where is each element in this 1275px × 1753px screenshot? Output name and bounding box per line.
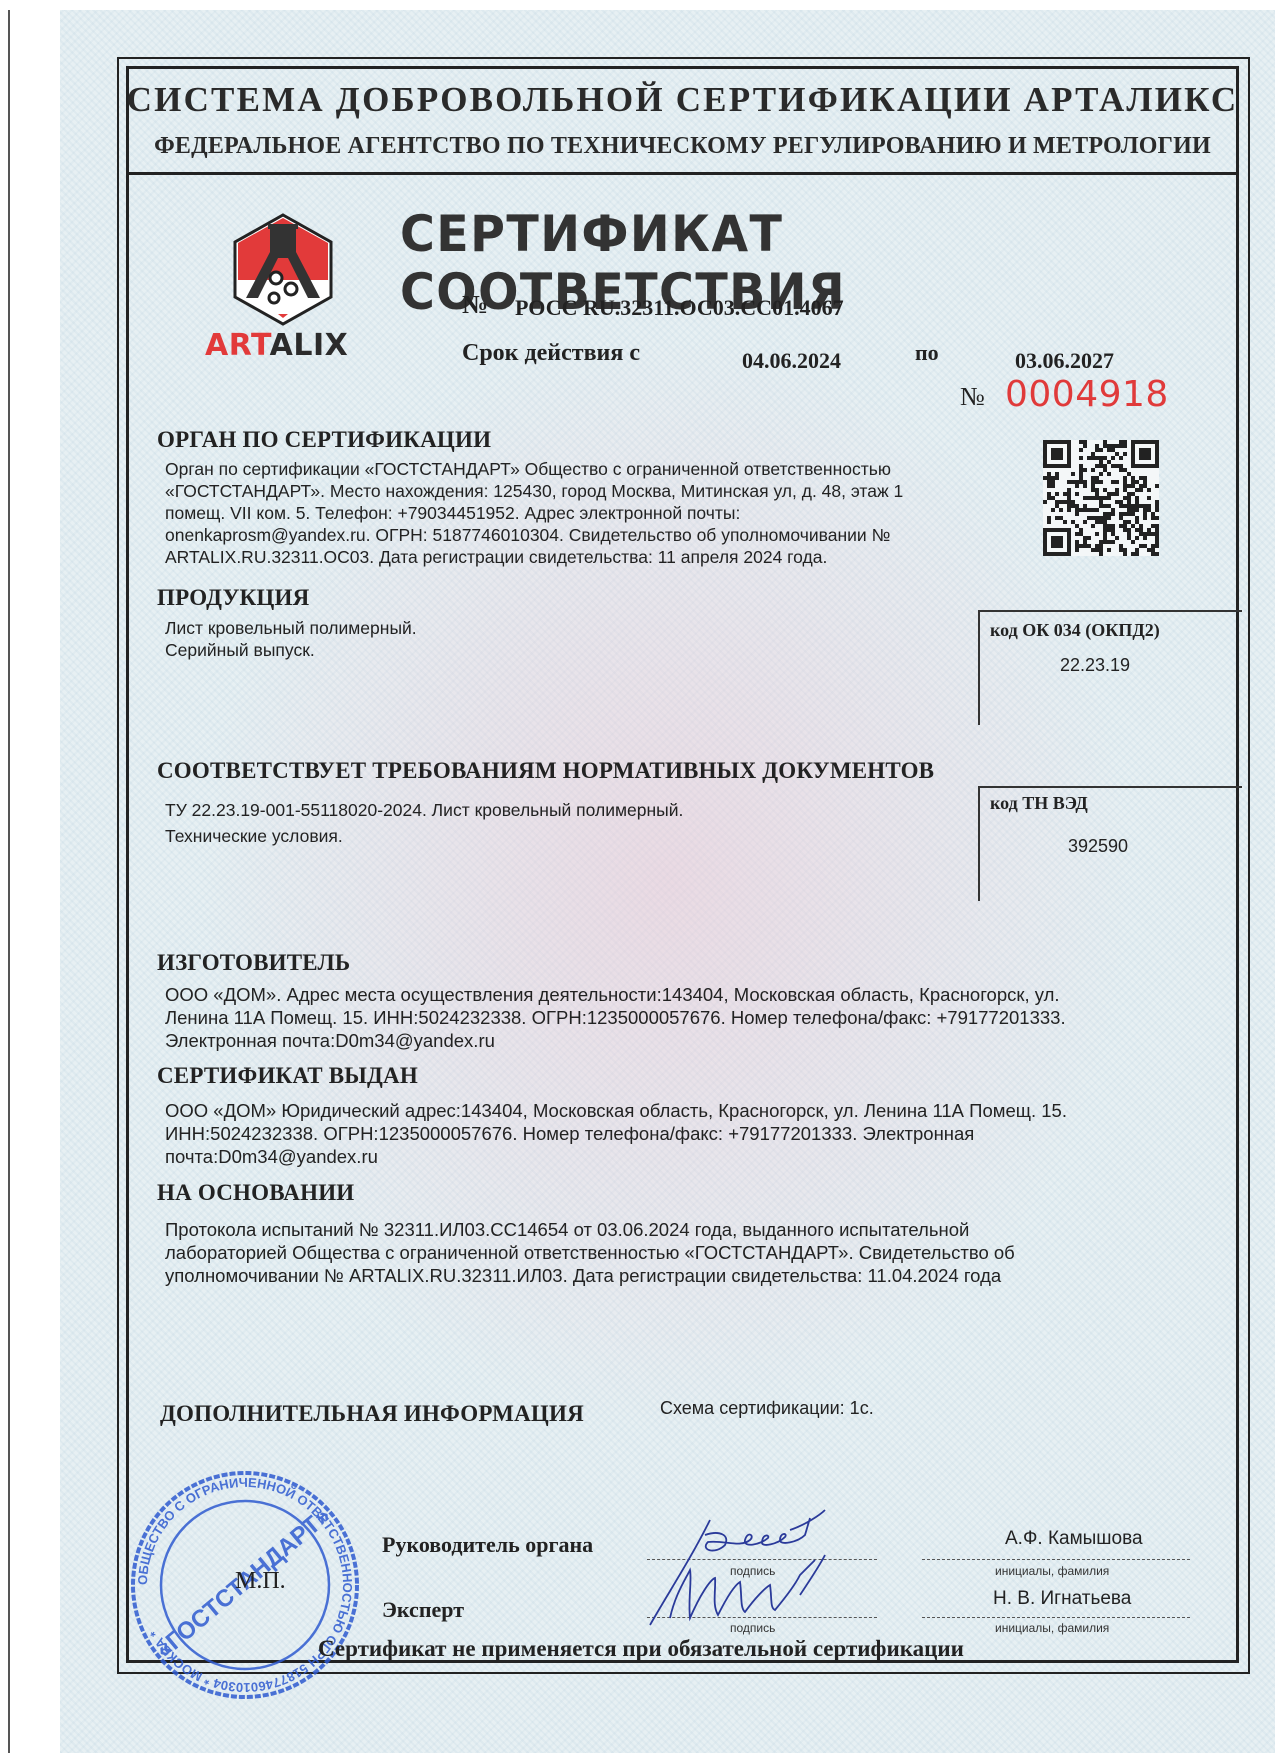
footer-disclaimer: Сертификат не применяется при обязательн… — [318, 1636, 964, 1662]
certification-body-text: Орган по сертификации «ГОСТСТАНДАРТ» Общ… — [165, 458, 1045, 568]
manufacturer-text: ООО «ДОМ». Адрес места осуществления дея… — [165, 983, 1225, 1052]
agency-title: ФЕДЕРАЛЬНОЕ АГЕНТСТВО ПО ТЕХНИЧЕСКОМУ РЕ… — [126, 133, 1239, 160]
text-line: ТУ 22.23.19-001-55118020-2024. Лист кров… — [165, 797, 683, 823]
section-title-conformity: СООТВЕТСТВУЕТ ТРЕБОВАНИЯМ НОРМАТИВНЫХ ДО… — [157, 758, 934, 784]
logo-text-art: ART — [205, 328, 270, 363]
signatory-role-head: Руководитель органа — [382, 1532, 593, 1558]
validity-date-to: 03.06.2027 — [1015, 348, 1114, 374]
handwritten-signature-icon — [630, 1500, 910, 1630]
qr-code-icon[interactable] — [1043, 440, 1159, 556]
section-title-manufacturer: ИЗГОТОВИТЕЛЬ — [157, 950, 350, 976]
header-divider — [126, 172, 1239, 175]
section-title-product: ПРОДУКЦИЯ — [157, 585, 309, 611]
text-line: ООО «ДОМ». Адрес места осуществления дея… — [165, 983, 1225, 1006]
artalix-logo-text: ARTALIX — [205, 328, 348, 363]
signatory-name-expert: Н. В. Игнатьева — [993, 1588, 1131, 1610]
text-line: ООО «ДОМ» Юридический адрес:143404, Моск… — [165, 1099, 1225, 1122]
text-line: Лист кровельный полимерный. — [165, 617, 417, 639]
text-line: Серийный выпуск. — [165, 639, 417, 661]
section-title-certification-body: ОРГАН ПО СЕРТИФИКАЦИИ — [157, 427, 491, 453]
text-line: Ленина 11А Помещ. 15. ИНН:5024232338. ОГ… — [165, 1006, 1225, 1029]
signatory-name-head: А.Ф. Камышова — [1005, 1528, 1143, 1550]
text-line: Орган по сертификации «ГОСТСТАНДАРТ» Общ… — [165, 458, 1045, 480]
tnved-code-value: 392590 — [1068, 836, 1128, 857]
tnved-code-label: код ТН ВЭД — [990, 793, 1088, 814]
section-title-basis: НА ОСНОВАНИИ — [157, 1180, 354, 1206]
issued-to-text: ООО «ДОМ» Юридический адрес:143404, Моск… — [165, 1099, 1225, 1168]
text-line: Технические условия. — [165, 823, 683, 849]
seal-place-label: М.П. — [235, 1568, 286, 1595]
section-title-additional-info: ДОПОЛНИТЕЛЬНАЯ ИНФОРМАЦИЯ — [160, 1401, 584, 1427]
conformity-text: ТУ 22.23.19-001-55118020-2024. Лист кров… — [165, 797, 683, 849]
text-line: ИНН:5024232338. ОГРН:1235000057676. Номе… — [165, 1122, 1225, 1145]
registration-number-sign: № — [462, 290, 488, 320]
text-line: «ГОСТСТАНДАРТ». Место нахождения: 125430… — [165, 480, 1045, 502]
logo-text-alix: ALIX — [270, 328, 349, 363]
validity-label: Срок действия с — [462, 340, 640, 367]
certification-scheme: Схема сертификации: 1с. — [660, 1397, 874, 1419]
scan-edge — [8, 10, 10, 1753]
text-line: помещ. VII ком. 5. Телефон: +79034451952… — [165, 502, 1045, 524]
okpd2-code-box: код ОК 034 (ОКПД2) 22.23.19 — [978, 610, 1242, 725]
tnved-code-box: код ТН ВЭД 392590 — [978, 786, 1242, 901]
okpd2-code-label: код ОК 034 (ОКПД2) — [990, 620, 1160, 641]
section-title-issued-to: СЕРТИФИКАТ ВЫДАН — [157, 1063, 418, 1089]
text-line: ARTALIX.RU.32311.ОС03. Дата регистрации … — [165, 546, 1045, 568]
text-line: лабораторией Общества с ограниченной отв… — [165, 1241, 1225, 1264]
blank-serial-number: 0004918 — [1005, 374, 1169, 415]
okpd2-code-value: 22.23.19 — [1060, 655, 1130, 676]
text-line: уполномочивании № ARTALIX.RU.32311.ИЛ03.… — [165, 1264, 1225, 1287]
signatory-role-expert: Эксперт — [382, 1597, 464, 1623]
text-line: почта:D0m34@yandex.ru — [165, 1145, 1225, 1168]
text-line: Электронная почта:D0m34@yandex.ru — [165, 1029, 1225, 1052]
blank-number-sign: № — [960, 382, 985, 412]
validity-date-from: 04.06.2024 — [742, 348, 841, 374]
text-line: onenkaprosm@yandex.ru. ОГРН: 51877460103… — [165, 524, 1045, 546]
validity-to-label: по — [915, 340, 939, 366]
name-caption-expert: инициалы, фамилия — [995, 1621, 1109, 1635]
flask-hexagon-icon — [228, 212, 338, 327]
text-line: Протокола испытаний № 32311.ИЛ03.СС14654… — [165, 1218, 1225, 1241]
name-line-head — [922, 1559, 1190, 1561]
system-title: СИСТЕМА ДОБРОВОЛЬНОЙ СЕРТИФИКАЦИИ АРТАЛИ… — [126, 80, 1239, 120]
name-line-expert — [922, 1617, 1190, 1619]
product-text: Лист кровельный полимерный. Серийный вып… — [165, 617, 417, 661]
basis-text: Протокола испытаний № 32311.ИЛ03.СС14654… — [165, 1218, 1225, 1287]
registration-number: РОСС RU.32311.ОС03.СС01.4067 — [515, 295, 844, 321]
name-caption-head: инициалы, фамилия — [995, 1564, 1109, 1578]
